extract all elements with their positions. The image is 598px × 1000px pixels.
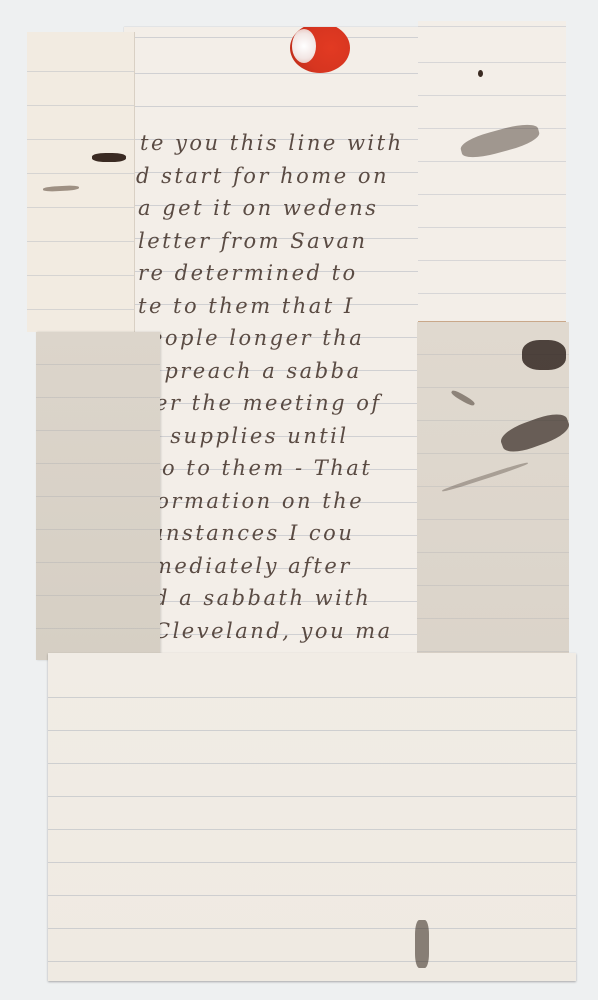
left-middle-flap: [36, 332, 160, 660]
right-top-flap: [418, 21, 566, 323]
left-top-flap: [27, 32, 135, 332]
handwriting-line: mediately after: [124, 550, 424, 583]
ink-smear-icon: [522, 340, 566, 370]
handwriting-line: te you this line with: [124, 127, 424, 160]
handwriting-line: Cleveland, you ma: [124, 615, 424, 648]
ink-blot-icon: [478, 70, 483, 77]
right-middle-flap: [417, 322, 569, 654]
handwriting-line: re determined to: [124, 257, 424, 290]
handwriting-line: d a sabbath with: [124, 582, 424, 615]
handwriting-line: letter from Savan: [124, 225, 424, 258]
ink-speckle-icon: [415, 920, 429, 968]
letter-bottom-panel: [48, 653, 576, 981]
handwriting-line: o preach a sabba: [124, 355, 424, 388]
handwriting-line: unstances I cou: [124, 517, 424, 550]
handwritten-text: te you this line with d start for home o…: [124, 127, 424, 657]
handwriting-line: go to them - That: [124, 452, 424, 485]
handwriting-line: te to them that I: [124, 290, 424, 323]
letter-center-panel: te you this line with d start for home o…: [124, 27, 424, 657]
handwriting-line: people longer tha: [124, 322, 424, 355]
handwriting-line: d start for home on: [124, 160, 424, 193]
handwriting-line: a get it on wedens: [124, 192, 424, 225]
handwriting-line: a supplies until: [124, 420, 424, 453]
handwriting-line: formation on the: [124, 485, 424, 518]
handwriting-line: ter the meeting of: [124, 387, 424, 420]
wax-seal-icon: [290, 27, 350, 73]
ink-blot-icon: [92, 153, 126, 162]
